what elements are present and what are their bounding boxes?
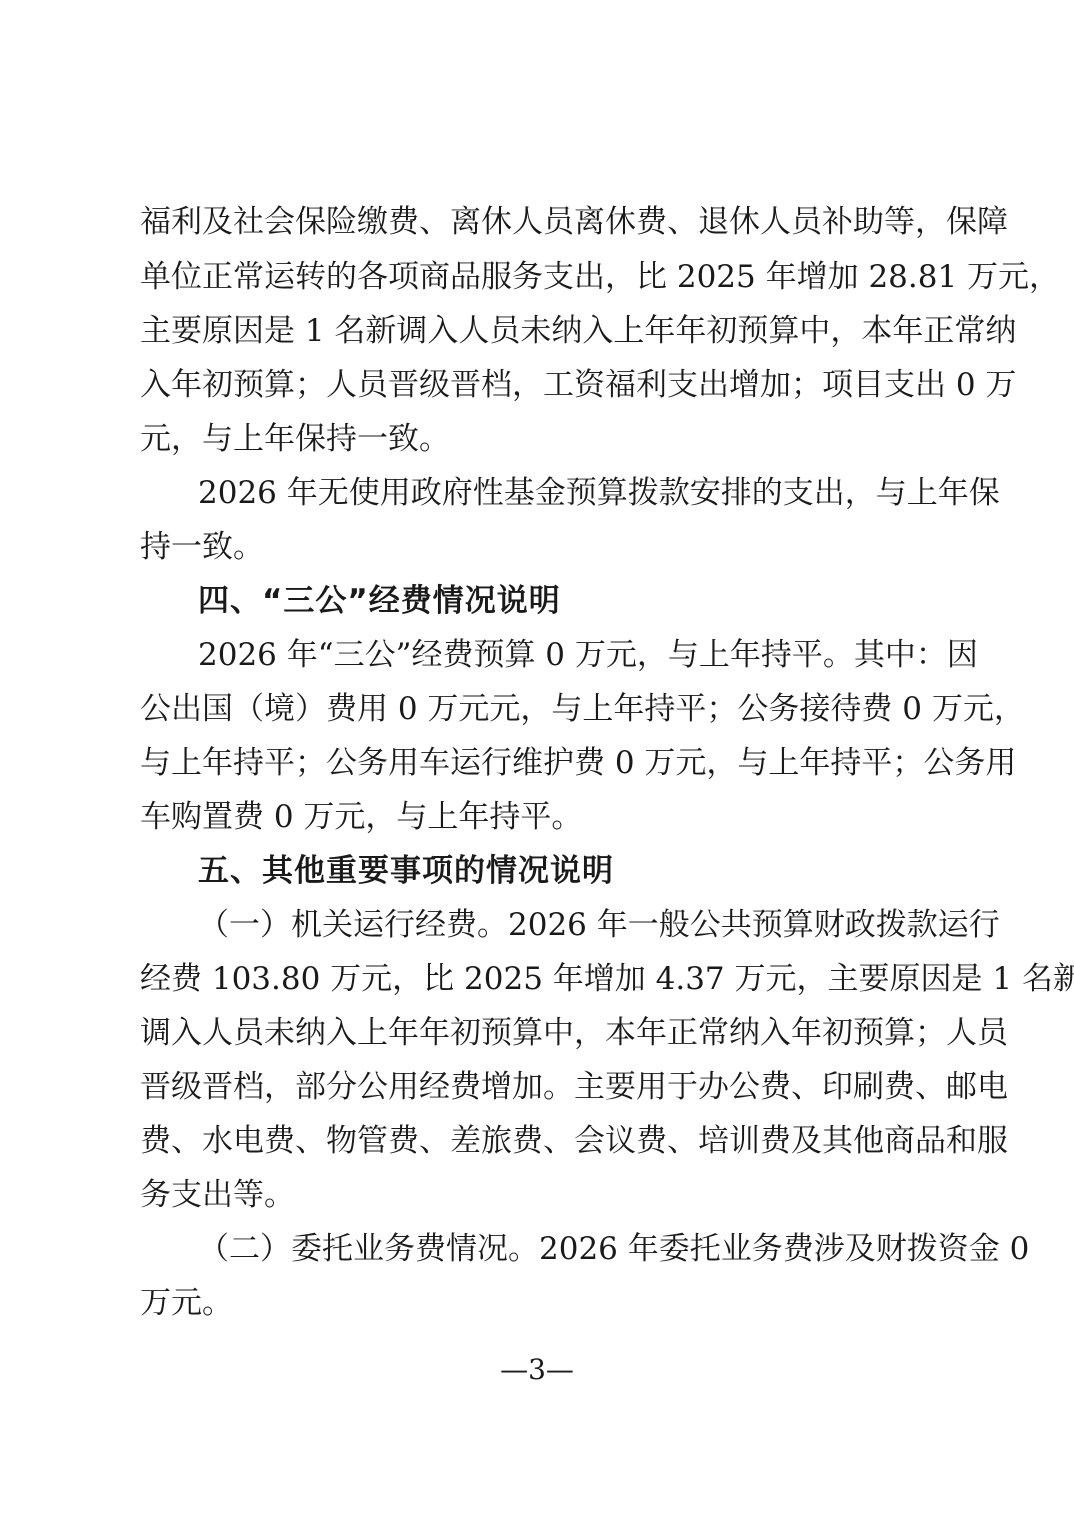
- document-page: 福利及社会保险缴费、离休人员离休费、退休人员补助等，保障 单位正常运转的各项商品…: [0, 0, 1074, 1520]
- text-line: 福利及社会保险缴费、离休人员离休费、退休人员补助等，保障: [140, 198, 936, 246]
- text-line: 车购置费 0 万元，与上年持平。: [140, 793, 936, 841]
- text-line: 单位正常运转的各项商品服务支出，比 2025 年增加 28.81 万元，: [140, 253, 936, 301]
- text-line: 万元。: [140, 1279, 936, 1327]
- text-line: 主要原因是 1 名新调入人员未纳入上年年初预算中，本年正常纳: [140, 307, 936, 355]
- text-line: 费、水电费、物管费、差旅费、会议费、培训费及其他商品和服: [140, 1117, 936, 1165]
- text-line: 元，与上年保持一致。: [140, 415, 936, 463]
- text-line: 2026 年无使用政府性基金预算拨款安排的支出，与上年保: [198, 469, 936, 517]
- text-line: （一）机关运行经费。2026 年一般公共预算财政拨款运行: [198, 901, 936, 949]
- text-line: 公出国（境）费用 0 万元元，与上年持平；公务接待费 0 万元，: [140, 685, 936, 733]
- text-line: 调入人员未纳入上年年初预算中，本年正常纳入年初预算；人员: [140, 1009, 936, 1057]
- text-line: 持一致。: [140, 523, 936, 571]
- text-line: 经费 103.80 万元，比 2025 年增加 4.37 万元，主要原因是 1 …: [140, 955, 936, 1003]
- text-line: 与上年持平；公务用车运行维护费 0 万元，与上年持平；公务用: [140, 739, 936, 787]
- text-line: 晋级晋档，部分公用经费增加。主要用于办公费、印刷费、邮电: [140, 1063, 936, 1111]
- text-line: 务支出等。: [140, 1171, 936, 1219]
- text-line: （二）委托业务费情况。2026 年委托业务费涉及财拨资金 0: [198, 1225, 936, 1273]
- text-line: 入年初预算；人员晋级晋档，工资福利支出增加；项目支出 0 万: [140, 361, 936, 409]
- text-line: 2026 年“三公”经费预算 0 万元，与上年持平。其中：因: [198, 631, 936, 679]
- page-number: —3—: [0, 1348, 1074, 1392]
- section-heading-three-public-expenses: 四、“三公”经费情况说明: [198, 577, 561, 625]
- section-heading-other-matters: 五、其他重要事项的情况说明: [198, 847, 614, 895]
